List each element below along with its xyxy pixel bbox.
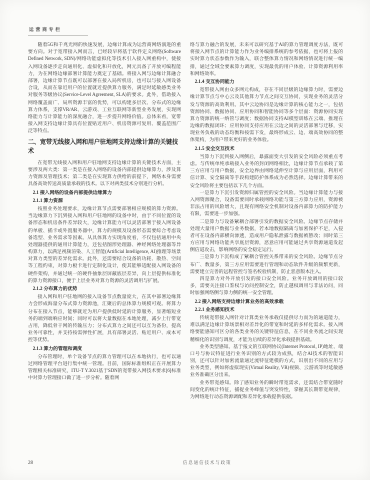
subheading: 2.1.5 安全交互技术 bbox=[190, 146, 343, 153]
paragraph: 二是算力与设备紧耦合部署引发的数据安全风险。边缘节点存储并处理大量用户数据与业务… bbox=[190, 219, 343, 255]
subheading: 2.1 接入网络的设备内部提供边缘算力 bbox=[28, 190, 181, 197]
subheading: 2.2.1 业务感知技术 bbox=[190, 307, 343, 314]
paragraph: 当算力下沉到接入网侧后，暴露面变大引发的安全风险必须重点考虑。与传统单纯承载接入… bbox=[190, 154, 343, 190]
subheading: 2.1.1 算力资源 bbox=[28, 198, 181, 205]
paragraph: 随着5G和千兆光网的快速发展，边缘计算成为运营商网络演进的重要方向。对于宽带接入… bbox=[28, 42, 181, 135]
left-column: 随着5G和千兆光网的快速发展，边缘计算成为运营商网络演进的重要方向。对于宽带接入… bbox=[28, 42, 181, 448]
page-number: 28 bbox=[28, 461, 33, 466]
paragraph: 四是算力对外开放引发的接口安全风险。业务开放调用的接口较多，需要关注接口鉴权与访… bbox=[190, 276, 343, 298]
subheading: 2.1.2 分布算力的优势 bbox=[28, 286, 181, 293]
paragraph: 分布管理时，单个设备节点的算力管理可以在本地执行，也可以通过网络管理平台进行集中… bbox=[28, 354, 181, 383]
paragraph: 三是算力下沉构成了紧耦合管控关系带来的安全风险。边缘节点分布广、数量多，第三方应… bbox=[190, 254, 343, 276]
two-column-body: 随着5G和千兆光网的快速发展，边缘计算成为运营商网络演进的重要方向。对于宽带接入… bbox=[28, 42, 343, 448]
paragraph: 传统宽带接入网针对计算类业务承载仅提供尽力而为的通道能力，难以满足边缘计算场景相… bbox=[190, 315, 343, 344]
paragraph: 按照业务处理要求，边缘计算节点需要部署相应规模的算力资源。当边缘算力下沉到接入网… bbox=[28, 206, 181, 285]
journal-name: 信息通信技术与政策 bbox=[183, 460, 232, 466]
paragraph: 业务类型感知。基于报文的互联网协议(Internet Protocol, IP)… bbox=[190, 344, 343, 380]
subheading: 2.2 接入网络支持边缘计算业务的高效承载 bbox=[190, 299, 343, 306]
subheading: 2.1.4 交互协同能力 bbox=[190, 79, 343, 86]
paragraph: 在宽带无线接入网和用户驻地网支持边缘计算的关键技术方面，主要涉及两大类：第一类是… bbox=[28, 160, 181, 189]
subheading: 2.1.3 算力的管理和调度 bbox=[28, 346, 181, 353]
paragraph: 接入网和用户驻地网的接入设备节点数量庞大，在其中部署边缘算力会形成海量分布式算力… bbox=[28, 294, 181, 344]
right-column: 络与算力融合的发展，未来可以研究基于AI的算力管理调度方法，既可将接入网节点的计… bbox=[190, 42, 343, 448]
section-heading: 二、宽带无线接入网和用户驻地网支持边缘计算的关键技术 bbox=[28, 139, 181, 156]
paragraph: 一是算力下沉引发资源归属管控的安全风险。当边缘计算能力与接入网资源聚合，设备需要… bbox=[190, 190, 343, 219]
paragraph-continuation: 络与算力融合的发展，未来可以研究基于AI的算力管理调度方法，既可将接入网节点的计… bbox=[190, 42, 343, 78]
page-header-label: 运营商专栏 bbox=[29, 27, 62, 33]
paragraph: 业务带宽感知。除了感知业务的瞬时带宽需求，还需结合带宽随时间变化的统计特征，捕捉… bbox=[190, 380, 343, 402]
paragraph: 宽带接入网由众多网元构成，存在不同层级的边缘算力时，需要边缘计算节点与中心云及其… bbox=[190, 87, 343, 145]
header-rule bbox=[28, 35, 88, 36]
document-page: 运营商专栏 随着5G和千兆光网的快速发展，边缘计算成为运营商网络演进的重要方向。… bbox=[0, 0, 370, 480]
